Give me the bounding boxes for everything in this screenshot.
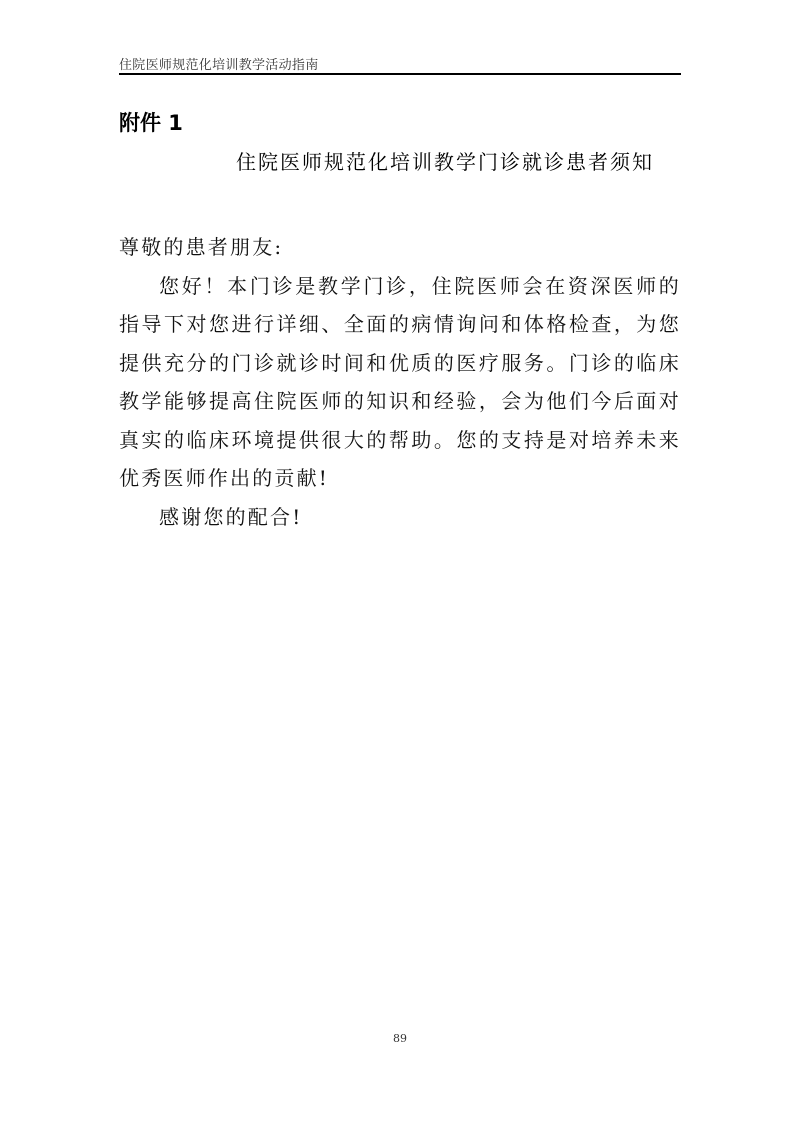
header-divider: [119, 73, 681, 75]
document-body: 尊敬的患者朋友: 您好！本门诊是教学门诊，住院医师会在资深医师的指导下对您进行详…: [119, 228, 681, 536]
body-paragraph-thanks: 感谢您的配合!: [119, 498, 681, 537]
body-paragraph-main: 您好！本门诊是教学门诊，住院医师会在资深医师的指导下对您进行详细、全面的病情询问…: [119, 267, 681, 498]
page-number: 89: [0, 1032, 800, 1045]
document-title: 住院医师规范化培训教学门诊就诊患者须知: [146, 146, 654, 175]
attachment-label: 附件 1: [119, 107, 183, 137]
document-title-container: 住院医师规范化培训教学门诊就诊患者须知: [0, 146, 800, 175]
salutation: 尊敬的患者朋友:: [119, 228, 681, 267]
running-title: 住院医师规范化培训教学活动指南: [119, 54, 319, 73]
page-header: 住院医师规范化培训教学活动指南: [119, 52, 681, 74]
